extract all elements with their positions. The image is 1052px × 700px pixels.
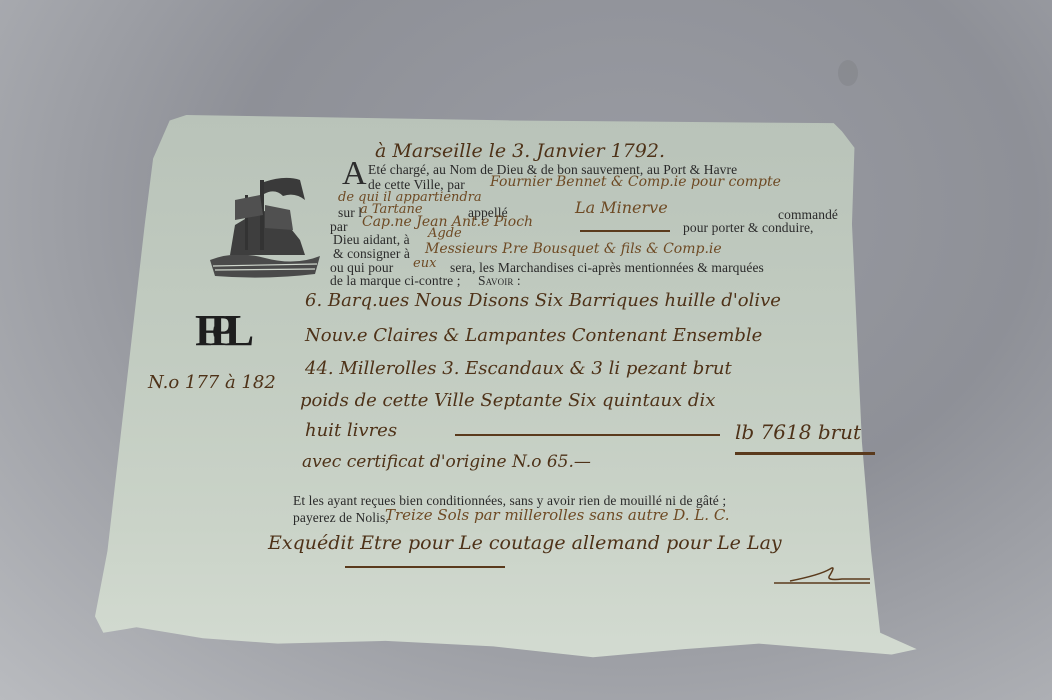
place-date: à Marseille le 3. Janvier 1792. bbox=[375, 140, 665, 162]
vessel-name-fill: La Minerve bbox=[575, 198, 668, 217]
footer-handwritten-1: Treize Sols par millerolles sans autre D… bbox=[385, 506, 730, 524]
footer-printed-2: payerez de Nolis, bbox=[293, 510, 389, 526]
background-spot bbox=[838, 60, 858, 86]
merchant-mark: FPL bbox=[195, 305, 242, 356]
printed-pour-porter: pour porter & conduire, bbox=[683, 220, 814, 236]
cargo-line-6: avec certificat d'origine N.o 65.— bbox=[302, 452, 591, 472]
fill-line bbox=[580, 230, 670, 232]
signature-flourish-icon bbox=[770, 565, 880, 589]
drop-cap: A bbox=[342, 157, 367, 191]
weight-underline bbox=[735, 452, 875, 455]
footer-handwritten-2: Exquédit Etre pour Le coutage allemand p… bbox=[268, 532, 782, 554]
cargo-line-4: poids de cette Ville Septante Six quinta… bbox=[300, 390, 715, 411]
footer-underline bbox=[345, 566, 505, 568]
cargo-line-1: 6. Barq.ues Nous Disons Six Barriques hu… bbox=[305, 290, 781, 311]
on-behalf-fill: eux bbox=[413, 256, 436, 271]
cargo-fill-line bbox=[455, 434, 720, 436]
shipper-fill: Fournier Bennet & Comp.ie pour compte bbox=[490, 174, 781, 190]
weight-total: lb 7618 brut bbox=[735, 420, 861, 444]
ship-woodcut-icon bbox=[205, 170, 325, 282]
cargo-line-2: Nouv.e Claires & Lampantes Contenant Ens… bbox=[305, 325, 762, 346]
cargo-line-3: 44. Millerolles 3. Escandaux & 3 li peza… bbox=[305, 358, 732, 379]
printed-savoir: Savoir : bbox=[478, 273, 521, 289]
margin-numbers: N.o 177 à 182 bbox=[148, 372, 276, 393]
cargo-line-5: huit livres bbox=[305, 420, 397, 441]
destination-fill: Agde bbox=[428, 226, 462, 241]
printed-marque: de la marque ci-contre ; bbox=[330, 273, 461, 289]
consignee-fill: Messieurs P.re Bousquet & fils & Comp.ie bbox=[425, 241, 722, 257]
